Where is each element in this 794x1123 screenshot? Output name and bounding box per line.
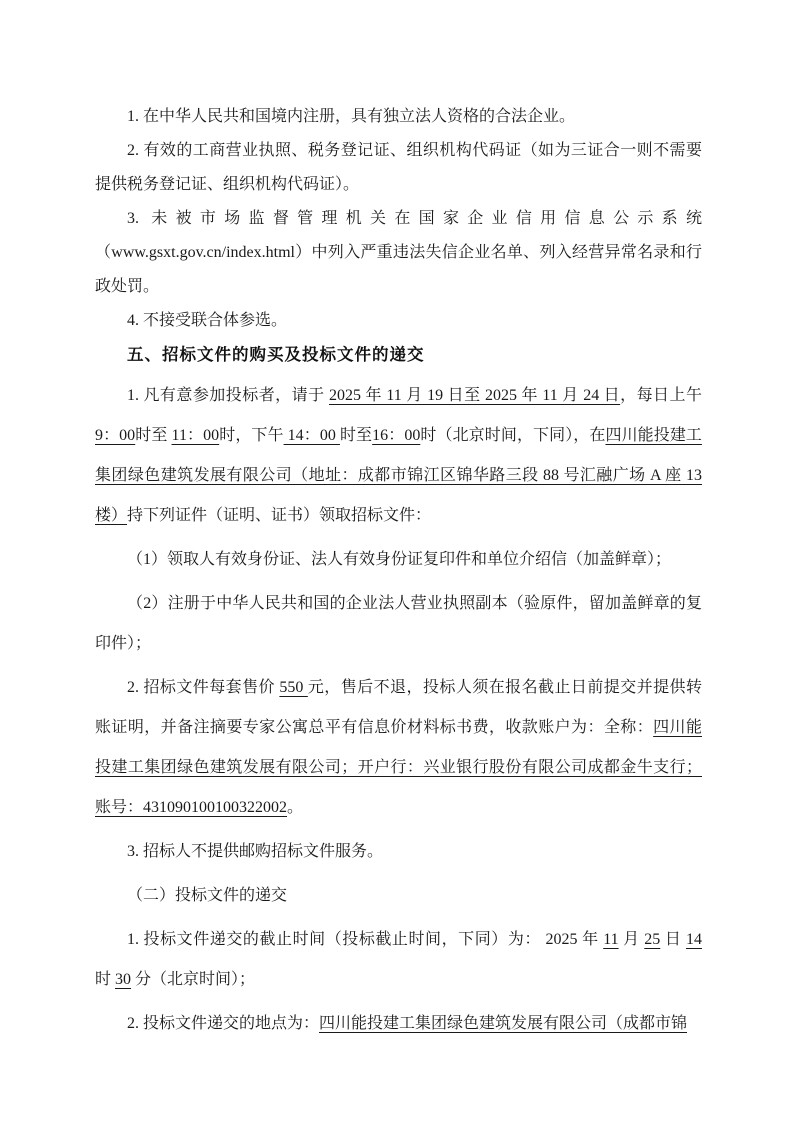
text-run: 分（北京时间）； xyxy=(131,971,255,988)
section-five-heading: 五、招标文件的购买及投标文件的递交 xyxy=(95,338,702,372)
purchase-paragraph-1: 1. 凡有意参加投标者，请于 2025 年 11 月 19 日至 2025 年 … xyxy=(95,376,702,536)
field-deadline-day: 25 xyxy=(644,931,660,948)
text-run: 月 xyxy=(619,931,645,948)
text-run: 时至 xyxy=(135,427,171,444)
field-deadline-month: 11 xyxy=(603,931,618,948)
text-run: 2. 投标文件递交的地点为： xyxy=(127,1015,319,1032)
certificate-item-2: （2）注册于中华人民共和国的企业法人营业执照副本（验原件，留加盖鲜章的复印件）； xyxy=(95,584,702,664)
document-page: 1. 在中华人民共和国境内注册，具有独立法人资格的合法企业。 2. 有效的工商营… xyxy=(0,0,794,1123)
text-run: 2. 招标文件每套售价 xyxy=(127,679,279,696)
field-morning-end-time: 11：00 xyxy=(172,427,220,444)
certificate-item-1: （1）领取人有效身份证、法人有效身份证复印件和单位介绍信（加盖鲜章）； xyxy=(95,540,702,580)
purchase-paragraph-3: 3. 招标人不提供邮购招标文件服务。 xyxy=(95,832,702,872)
submission-paragraph-2: 2. 投标文件递交的地点为：四川能投建工集团绿色建筑发展有限公司（成都市锦 xyxy=(95,1004,702,1044)
field-afternoon-end-time: 16：00 xyxy=(372,427,420,444)
submission-subheading: （二）投标文件的递交 xyxy=(95,876,702,916)
field-deadline-minute: 30 xyxy=(115,971,131,988)
purchase-paragraph-2: 2. 招标文件每套售价 550 元，售后不退，投标人须在报名截止日前提交并提供转… xyxy=(95,668,702,828)
qualification-item-2: 2. 有效的工商营业执照、税务登记证、组织机构代码证（如为三证合一则不需要提供税… xyxy=(95,134,702,202)
text-run: 持下列证件（证明、证书）领取招标文件： xyxy=(127,507,431,524)
text-run: 日 xyxy=(660,931,686,948)
text-run: ，每日上午 xyxy=(620,387,702,404)
text-run: 时 xyxy=(95,971,115,988)
field-document-price: 550 xyxy=(279,679,307,696)
qualification-item-3: 3. 未被市场监督管理机关在国家企业信用信息公示系统（www.gsxt.gov.… xyxy=(95,202,702,304)
field-sale-date-range: 2025 年 11 月 19 日至 2025 年 11 月 24 日 xyxy=(329,387,620,404)
field-submission-location: 四川能投建工集团绿色建筑发展有限公司（成都市锦 xyxy=(319,1015,687,1032)
qualification-item-1: 1. 在中华人民共和国境内注册，具有独立法人资格的合法企业。 xyxy=(95,100,702,134)
text-run: 1. 凡有意参加投标者，请于 xyxy=(127,387,329,404)
submission-paragraph-1: 1. 投标文件递交的截止时间（投标截止时间，下同）为： 2025 年 11 月 … xyxy=(95,920,702,1000)
text-run: 时，下午 xyxy=(219,427,283,444)
field-afternoon-start-time: 14：00 xyxy=(284,427,340,444)
text-run: 时至 xyxy=(340,427,372,444)
text-run: 时（北京时间，下同），在 xyxy=(420,427,605,444)
qualification-item-4: 4. 不接受联合体参选。 xyxy=(95,304,702,338)
field-deadline-hour: 14 xyxy=(686,931,702,948)
text-run: 。 xyxy=(287,799,303,816)
text-run: 1. 投标文件递交的截止时间（投标截止时间，下同）为： 2025 年 xyxy=(127,931,603,948)
field-morning-start-time: 9：00 xyxy=(95,427,135,444)
